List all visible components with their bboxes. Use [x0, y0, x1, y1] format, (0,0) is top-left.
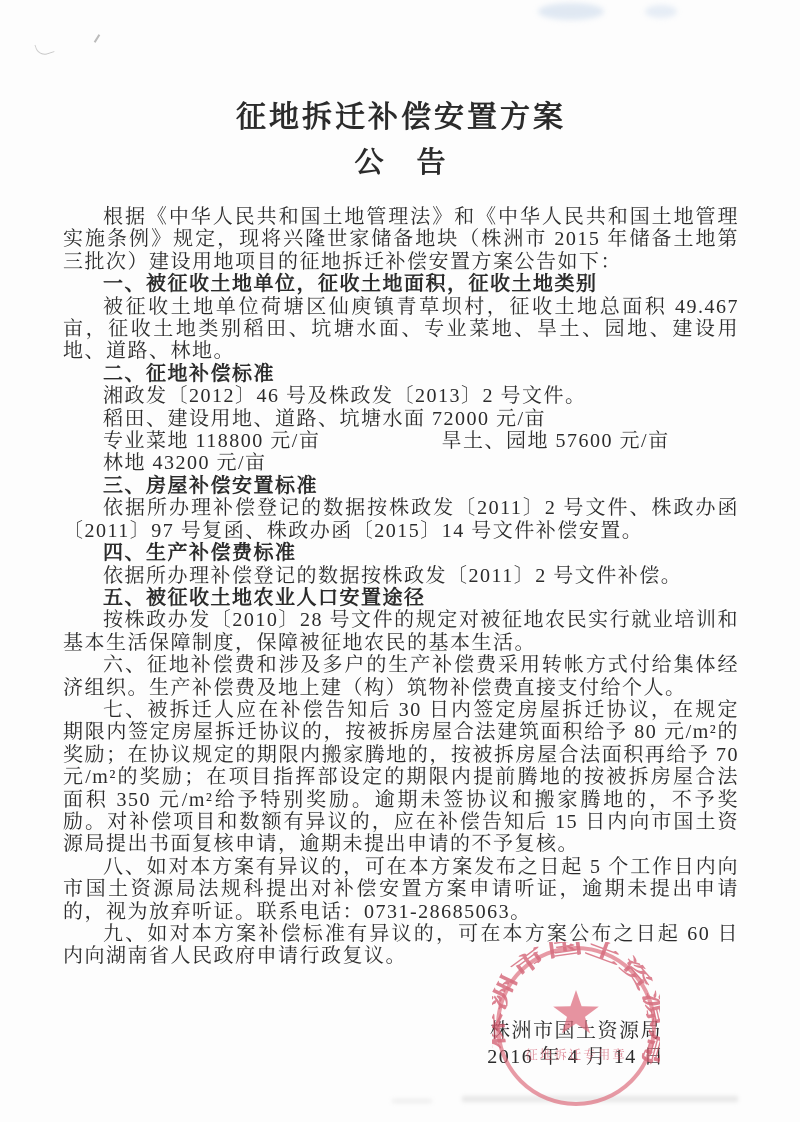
scan-mark	[34, 40, 54, 58]
scan-streak	[462, 1096, 738, 1102]
tariff-left: 专业菜地 118800 元/亩	[63, 430, 442, 452]
scan-streak	[392, 1099, 432, 1103]
paragraph: 依据所办理补偿登记的数据按株政发〔2011〕2 号文件补偿。	[63, 565, 739, 587]
paragraph: 六、征地补偿费和涉及多户的生产补偿费采用转帐方式付给集体经济组织。生产补偿费及地…	[63, 654, 739, 699]
paragraph: 八、如对本方案有异议的，可在本方案发布之日起 5 个工作日内向市国土资源局法规科…	[63, 856, 739, 923]
scanned-notice-page: 征地拆迁补偿安置方案 公 告 根据《中华人民共和国土地管理法》和《中华人民共和国…	[0, 0, 800, 1122]
paragraph: 林地 43200 元/亩	[63, 452, 739, 474]
section-heading: 五、被征收土地农业人口安置途径	[63, 587, 739, 609]
section-heading: 三、房屋补偿安置标准	[63, 475, 739, 497]
scan-smudge	[538, 3, 604, 20]
scan-smudge	[645, 5, 677, 18]
paragraph: 稻田、建设用地、道路、坑塘水面 72000 元/亩	[63, 408, 739, 430]
signature-block: 株洲市国土资源局 2016 年 4 月 14 日	[452, 1018, 700, 1070]
paragraph: 湘政发〔2012〕46 号及株政发〔2013〕2 号文件。	[63, 385, 739, 407]
section-heading: 四、生产补偿费标准	[63, 542, 739, 564]
paragraph: 按株政办发〔2010〕28 号文件的规定对被征地农民实行就业培训和基本生活保障制…	[63, 609, 739, 654]
scan-mark	[94, 34, 100, 43]
document-title: 征地拆迁补偿安置方案	[63, 98, 739, 138]
paragraph: 七、被拆迁人应在补偿告知后 30 日内签定房屋拆迁协议，在规定期限内签定房屋拆迁…	[63, 699, 739, 856]
paragraph: 根据《中华人民共和国土地管理法》和《中华人民共和国土地管理实施条例》规定，现将兴…	[63, 206, 739, 273]
document-content: 征地拆迁补偿安置方案 公 告 根据《中华人民共和国土地管理法》和《中华人民共和国…	[63, 98, 739, 968]
paragraph: 被征收土地单位荷塘区仙庾镇青草坝村，征收土地总面积 49.467 亩，征收土地类…	[63, 296, 739, 363]
section-heading: 二、征地补偿标准	[63, 363, 739, 385]
paragraph: 依据所办理补偿登记的数据按株政发〔2011〕2 号文件、株政办函〔2011〕97…	[63, 497, 739, 542]
document-body: 根据《中华人民共和国土地管理法》和《中华人民共和国土地管理实施条例》规定，现将兴…	[63, 206, 739, 968]
section-heading: 一、被征收土地单位，征收土地面积，征收土地类别	[63, 273, 739, 295]
paragraph: 九、如对本方案补偿标准有异议的，可在本方案公布之日起 60 日内向湖南省人民政府…	[63, 923, 739, 968]
tariff-split-line: 专业菜地 118800 元/亩旱土、园地 57600 元/亩	[63, 430, 739, 452]
tariff-right: 旱土、园地 57600 元/亩	[442, 430, 670, 452]
signature-date: 2016 年 4 月 14 日	[452, 1044, 700, 1070]
document-subtitle: 公 告	[63, 142, 739, 184]
signature-org: 株洲市国土资源局	[452, 1018, 700, 1044]
